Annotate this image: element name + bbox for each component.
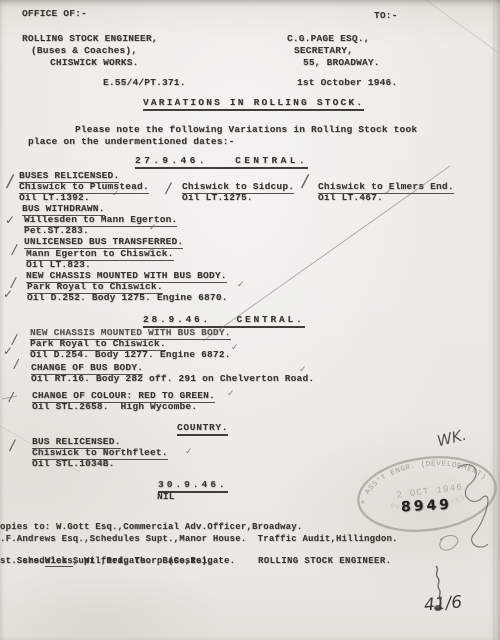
copies-line: st.Schedules Supt.,Reigate. Base,Reigate…: [0, 556, 235, 567]
scanned-memo-page: OFFICE OF:- TO:- ROLLING STOCK ENGINEER,…: [0, 0, 500, 640]
copies-line: opies to: W.Gott Esq.,Commercial Adv.Off…: [0, 522, 302, 533]
section-heading: 28.9.46. CENTRAL.: [143, 314, 305, 328]
checkmark-icon: /: [164, 179, 172, 198]
intro-paragraph-line: Please note the following Variations in …: [75, 124, 417, 135]
stamp-number: 8949: [401, 498, 453, 515]
tick-icon: ✓: [231, 343, 239, 353]
letter-date: 1st October 1946.: [297, 77, 397, 88]
entry-vehicle: Oil LT.1275.: [182, 192, 253, 203]
checkmark-icon: ✓: [3, 287, 13, 301]
tick-icon: ✓: [185, 447, 193, 457]
sender-address-line: ROLLING STOCK ENGINEER,: [22, 33, 158, 44]
section-heading: COUNTRY.: [177, 422, 228, 436]
tick-icon: ✓: [299, 365, 307, 375]
checkmark-icon: /: [300, 171, 310, 193]
entry-heading: UNLICENSED BUS TRANSFERRED.: [24, 236, 183, 249]
sender-address-line: CHISWICK WORKS.: [50, 57, 139, 68]
checkmark-icon: /: [5, 171, 15, 193]
checkmark-icon: ✓: [5, 213, 15, 227]
entry-vehicle: Oil D.254. Body 1277. Engine 6872.: [30, 349, 231, 360]
entry-vehicle: Oil RT.16. Body 282 off. 291 on Chelvert…: [31, 373, 314, 384]
checkmark-icon: /: [8, 390, 15, 406]
tick-icon: ✓: [112, 189, 120, 199]
signature-title: ROLLING STOCK ENGINEER.: [258, 556, 391, 567]
checkmark-icon: ✓: [3, 344, 13, 358]
section-heading: 27.9.46. CENTRAL.: [135, 155, 308, 169]
checkmark-icon: /: [8, 436, 16, 455]
recipient-address-line: SECRETARY,: [294, 45, 353, 56]
recipient-address-line: C.G.PAGE ESQ.,: [287, 33, 370, 44]
checkmark-icon: /: [13, 357, 20, 373]
nil-entry: NIL: [157, 491, 175, 502]
page-title: VARIATIONS IN ROLLING STOCK.: [143, 97, 364, 111]
copies-line: .F.Andrews Esq.,Schedules Supt.,Manor Ho…: [0, 534, 398, 545]
tick-icon: ✓: [149, 223, 157, 233]
recipient-address-line: 55, BROADWAY.: [303, 57, 380, 68]
reference-number: E.55/4/PT.371.: [103, 77, 186, 88]
tick-icon: ✓: [237, 280, 245, 290]
stamp-star-icon: *: [359, 499, 367, 512]
entry-vehicle: Oil LT.823.: [26, 259, 91, 270]
entry-vehicle: Oil LT.467.: [318, 192, 383, 203]
tick-icon: ✓: [227, 389, 235, 399]
checkmark-icon: /: [11, 242, 18, 259]
handwritten-reference: 41/6: [423, 592, 463, 615]
entry-vehicle: Oil LT.1392.: [19, 192, 90, 203]
to-label: TO:-: [374, 10, 398, 21]
entry-vehicle: Pet.ST.283.: [24, 225, 89, 236]
entry-vehicle: Oil STL.2658. High Wycombe.: [32, 401, 197, 412]
tick-icon: ✓: [147, 246, 155, 256]
office-of-label: OFFICE OF:-: [22, 8, 87, 19]
date-stamp: ASS'T ENGR. (DEVELOPMENT) BUSES & COACHE…: [347, 441, 500, 547]
sender-address-line: (Buses & Coaches),: [31, 45, 137, 56]
intro-paragraph-line: place on the undermentioned dates:-: [28, 136, 235, 147]
tick-icon: ✓: [384, 188, 392, 198]
entry-vehicle: Oil D.252. Body 1275. Engine 6870.: [27, 292, 228, 303]
entry-vehicle: Oil STL.1034B.: [32, 458, 115, 469]
